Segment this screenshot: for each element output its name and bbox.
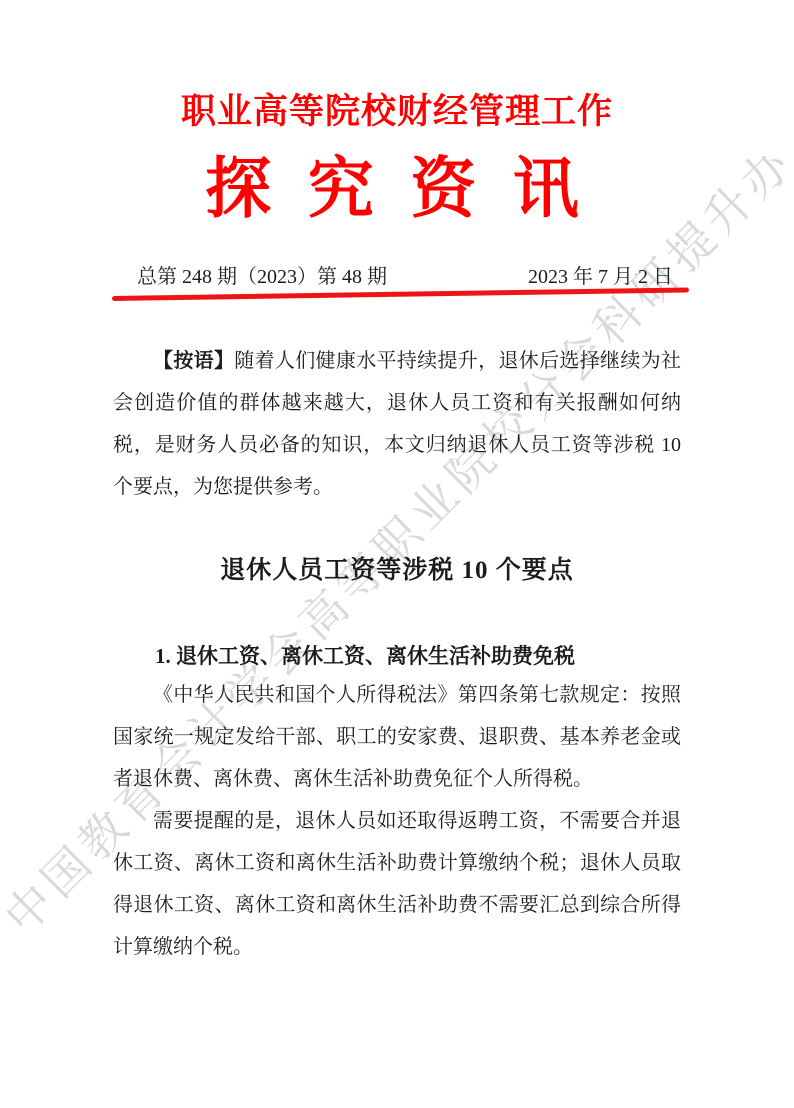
section-1-heading: 1. 退休工资、离休工资、离休生活补助费免税 <box>113 638 681 674</box>
masthead-supertitle: 职业高等院校财经管理工作 <box>0 90 794 134</box>
editor-note-label: 【按语】 <box>153 350 234 372</box>
article-body: 【按语】随着人们健康水平持续提升，退休后选择继续为社会创造价值的群体越来越大，退… <box>113 340 681 968</box>
newsletter-page: 中国教育会计学会高等职业院校分会科研提升办 职业高等院校财经管理工作 探 究 资… <box>0 0 794 1108</box>
issue-date: 2023 年 7 月 2 日 <box>528 264 673 290</box>
issue-row: 总第 248 期（2023）第 48 期 2023 年 7 月 2 日 <box>137 264 673 290</box>
editor-note-text: 随着人们健康水平持续提升，退休后选择继续为社会创造价值的群体越来越大，退休人员工… <box>113 350 681 498</box>
editor-note: 【按语】随着人们健康水平持续提升，退休后选择继续为社会创造价值的群体越来越大，退… <box>113 340 681 508</box>
article-title: 退休人员工资等涉税 10 个要点 <box>113 554 681 588</box>
section-1-paragraph-2: 需要提醒的是，退休人员如还取得返聘工资，不需要合并退休工资、离休工资和离休生活补… <box>113 800 681 968</box>
section-1-paragraph-1: 《中华人民共和国个人所得税法》第四条第七款规定：按照国家统一规定发给干部、职工的… <box>113 674 681 800</box>
masthead-title: 探 究 资 讯 <box>0 146 794 234</box>
issue-number: 总第 248 期（2023）第 48 期 <box>137 264 387 290</box>
